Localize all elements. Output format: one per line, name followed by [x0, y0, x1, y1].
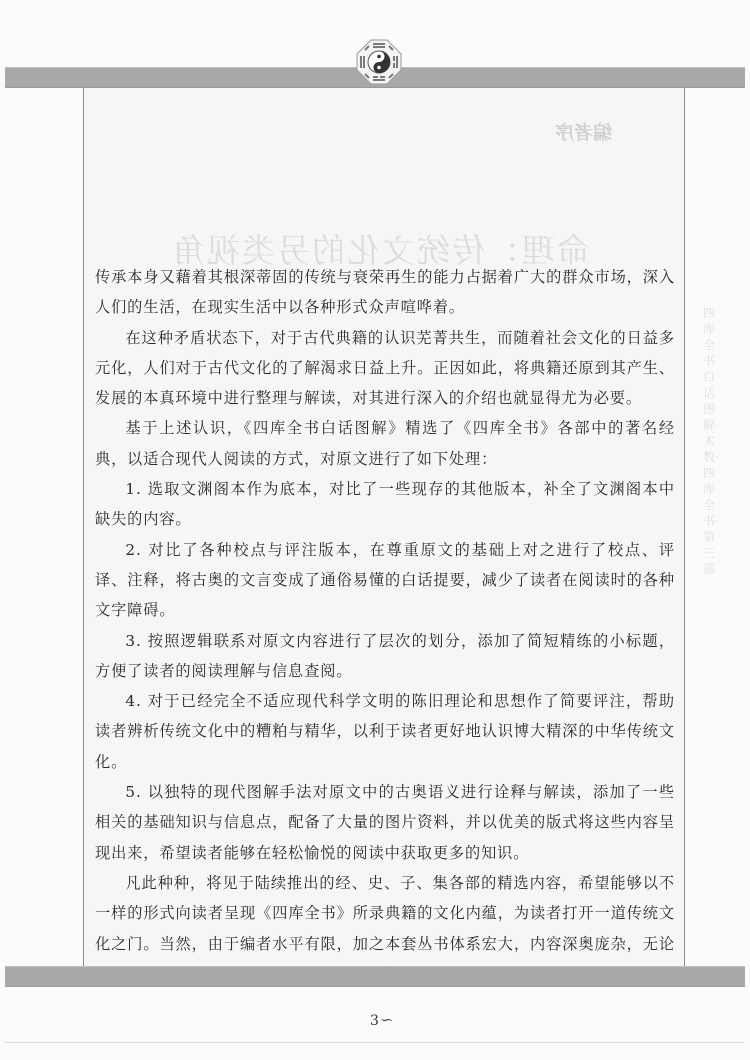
list-item: 1. 选取文渊阁本作为底本，对比了一些现存的其他版本，补全了文渊阁本中缺失的内容… — [95, 474, 675, 535]
body-text: 传承本身又藉着其根深蒂固的传统与衰荣再生的能力占据着广大的群众市场，深入人们的生… — [95, 262, 675, 989]
bagua-yin-yang-icon — [355, 38, 403, 86]
footer-divider — [5, 1042, 745, 1043]
list-item: 3. 按照逻辑联系对原文内容进行了层次的划分，添加了简短精练的小标题，方便了读者… — [95, 626, 675, 687]
paragraph: 传承本身又藉着其根深蒂固的传统与衰荣再生的能力占据着广大的群众市场，深入人们的生… — [95, 262, 675, 323]
paragraph: 在这种矛盾状态下，对于古代典籍的认识芜菁共生，而随着社会文化的日益多元化，人们对… — [95, 323, 675, 414]
list-item: 5. 以独特的现代图解手法对原文中的古奥语义进行诠释与解读，添加了一些相关的基础… — [95, 777, 675, 868]
page-number-value: 3 — [370, 1013, 379, 1029]
list-item: 2. 对比了各种校点与评注版本，在尊重原文的基础上对之进行了校点、评译、注释，将… — [95, 535, 675, 626]
list-item: 4. 对于已经完全不适应现代科学文明的陈旧理论和思想作了简要评注，帮助读者辨析传… — [95, 686, 675, 777]
footer-band — [5, 966, 745, 987]
bleed-through-sidebar: 四库全书白话图解·术数·四库全书·第三部 — [703, 305, 719, 577]
paragraph: 基于上述认识，《四库全书白话图解》精选了《四库全书》各部中的著名经典，以适合现代… — [95, 413, 675, 474]
page-number: 3∽ — [370, 1010, 393, 1029]
swirl-ornament-icon: ∽ — [380, 1010, 393, 1029]
